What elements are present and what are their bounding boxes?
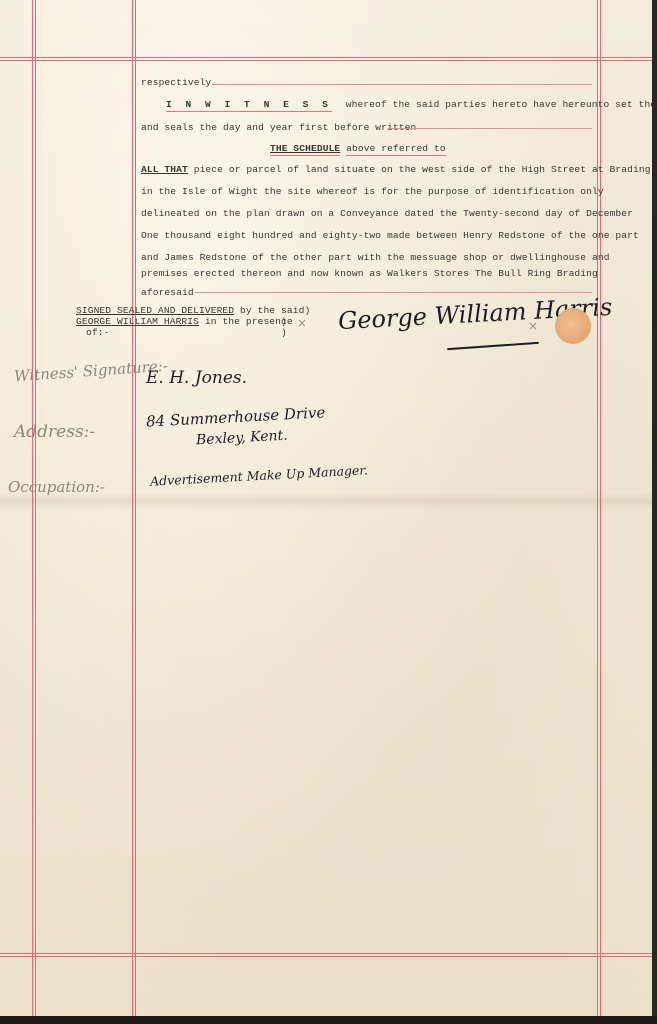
scan-edge-bottom [0,1016,657,1024]
schedule-line-2: in the Isle of Wight the site whereof is… [141,186,604,197]
brace: ) [281,316,287,327]
schedule-line-3: delineated on the plan drawn on a Convey… [141,208,633,219]
schedule-line-4: One thousand eight hundred and eighty-tw… [141,230,639,241]
cross-mark: × [297,316,307,330]
signed-sealed-delivered: SIGNED SEALED AND DELIVERED [76,305,234,316]
attestation-text: by the said) [240,305,310,316]
attestation-line-2: GEORGE WILLIAM HARRIS in the presence [76,316,293,327]
witness-address-line-2: Bexley, Kent. [196,428,288,449]
text-seals-line: and seals the day and year first before … [141,122,416,133]
text-respectively: respectively [141,77,211,88]
in-witness-heading: I N W I T N E S S [166,99,332,112]
signature-flourish [447,342,539,350]
schedule-text: piece or parcel of land situate on the w… [194,164,651,175]
line-filler [388,128,592,129]
brace: ) [281,327,287,338]
line-filler [195,292,592,293]
label-address: Address:- [14,422,95,442]
all-that-lead: ALL THAT [141,164,188,175]
schedule-heading-rest: above referred to [346,143,446,156]
wax-seal [555,308,591,344]
margin-rule-top [0,57,652,61]
in-witness-text: whereof the said parties hereto have her… [346,99,657,110]
margin-rule-left [32,0,36,1016]
margin-rule-bottom [0,953,652,957]
schedule-line-5: and James Redstone of the other part wit… [141,252,610,263]
deed-page: respectively I N W I T N E S S whereof t… [0,0,652,1016]
attestation-line-3: of:- [86,327,109,338]
witness-occupation: Advertisement Make Up Manager. [150,462,369,488]
line-filler [212,84,592,85]
attestation-text: in the presence [205,316,293,327]
schedule-line-7: aforesaid [141,287,194,298]
margin-rule-inner [132,0,136,1016]
witness-signature: E. H. Jones. [146,368,247,388]
in-witness-line: I N W I T N E S S whereof the said parti… [166,99,657,110]
margin-rule-right [597,0,601,1016]
label-occupation: Occupation:- [8,478,105,496]
signatory-name: GEORGE WILLIAM HARRIS [76,316,199,327]
schedule-heading-line: THE SCHEDULE above referred to [270,143,446,154]
attestation-line-1: SIGNED SEALED AND DELIVERED by the said) [76,305,310,316]
witness-address-line-1: 84 Summerhouse Drive [146,403,326,430]
schedule-line-1: ALL THAT piece or parcel of land situate… [141,164,651,175]
schedule-heading: THE SCHEDULE [270,143,340,156]
schedule-line-6: premises erected thereon and now known a… [141,268,598,279]
scan-edge-right [652,0,657,1024]
